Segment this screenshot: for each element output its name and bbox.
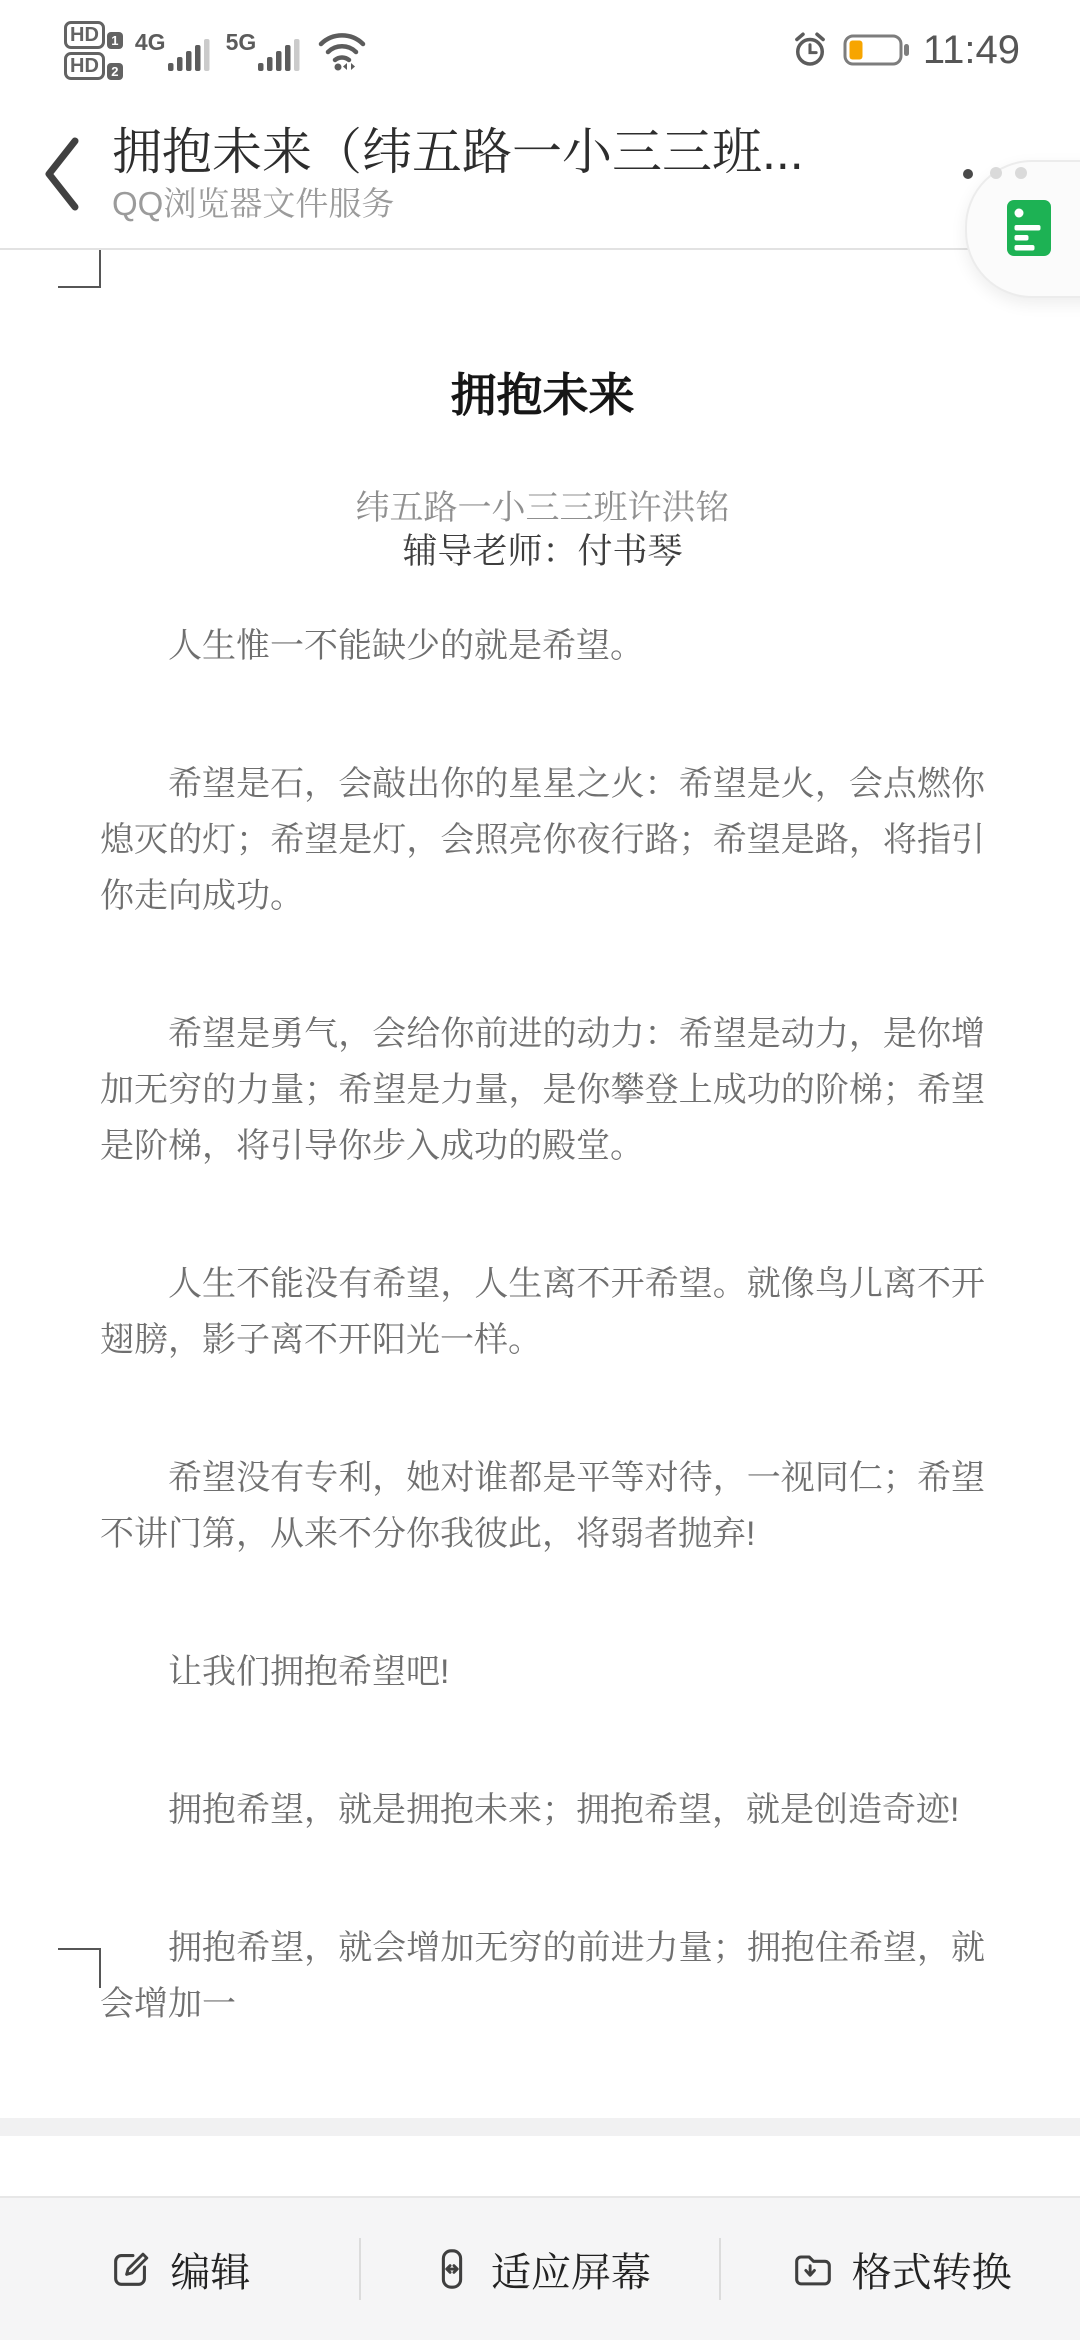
status-bar: HD 1 HD 2 4G 5G — [0, 0, 1080, 100]
battery-level-fill — [849, 41, 862, 60]
document-paragraph: 人生不能没有希望，人生离不开希望。就像鸟儿离不开翅膀，影子离不开阳光一样。 — [100, 1256, 985, 1368]
wifi-icon — [316, 29, 368, 71]
page-title: 拥抱未来（纬五路一小三三班... — [112, 123, 804, 181]
fit-screen-button-label: 适应屏幕 — [491, 2241, 651, 2298]
hd1-label: HD — [64, 21, 105, 49]
signal-bars-icon — [168, 34, 214, 72]
page-separator-band — [0, 2118, 1080, 2136]
document-paragraph: 拥抱希望，就会增加无穷的前进力量；拥抱住希望，就会增加一 — [100, 1920, 985, 2032]
document-title: 拥抱未来 — [100, 370, 985, 420]
format-convert-button-label: 格式转换 — [852, 2241, 1012, 2298]
back-icon[interactable] — [38, 135, 84, 213]
battery-icon — [843, 33, 911, 67]
folder-download-icon — [790, 2246, 836, 2292]
widget-drag-dot — [990, 167, 1002, 179]
hd1-sim-number: 1 — [107, 32, 123, 49]
document-paragraph: 拥抱希望，就是拥抱未来；拥抱希望，就是创造奇迹! — [100, 1782, 985, 1838]
hd1-icon: HD 1 — [64, 21, 123, 49]
phone-screen: HD 1 HD 2 4G 5G — [0, 0, 1080, 2340]
document-paragraph: 希望是石，会敲出你的星星之火：希望是火，会点燃你熄灭的灯；希望是灯，会照亮你夜行… — [100, 756, 985, 924]
document-scroll-area[interactable]: 拥抱未来 纬五路一小三三班许洪铭 辅导老师：付书琴 人生惟一不能缺少的就是希望。… — [0, 250, 1080, 2122]
page-subtitle: QQ浏览器文件服务 — [112, 183, 804, 225]
document-paragraph: 希望没有专利，她对谁都是平等对待，一视同仁；希望不讲门第，从来不分你我彼此，将弱… — [100, 1450, 985, 1562]
hd2-sim-number: 2 — [107, 63, 123, 80]
signal-bars-icon — [258, 34, 304, 72]
signal-5g: 5G — [226, 29, 305, 72]
fit-screen-icon — [429, 2246, 475, 2292]
widget-drag-dot — [1015, 167, 1027, 179]
clock-time: 11:49 — [923, 28, 1020, 73]
bottom-toolbar: 编辑 适应屏幕 格式转换 — [0, 2196, 1080, 2340]
edit-pencil-icon — [108, 2246, 154, 2292]
widget-drag-dot — [963, 169, 973, 179]
network-4g-label: 4G — [135, 29, 166, 56]
header-title-block: 拥抱未来（纬五路一小三三班... QQ浏览器文件服务 — [112, 123, 804, 225]
page-corner-mark-bottom — [99, 1948, 101, 1988]
header: 拥抱未来（纬五路一小三三班... QQ浏览器文件服务 — [0, 100, 1080, 250]
edit-button-label: 编辑 — [170, 2241, 250, 2298]
page-corner-mark-top — [99, 248, 101, 288]
document-byline: 纬五路一小三三班许洪铭 — [100, 486, 985, 530]
edit-button[interactable]: 编辑 — [0, 2241, 359, 2298]
hd-badges: HD 1 HD 2 — [64, 21, 123, 80]
document-paragraph: 希望是勇气，会给你前进的动力：希望是动力，是你增加无穷的力量；希望是力量，是你攀… — [100, 1006, 985, 1174]
network-5g-label: 5G — [226, 29, 257, 56]
document-teacher-line: 辅导老师：付书琴 — [100, 530, 985, 574]
document-paragraph: 让我们拥抱希望吧! — [100, 1644, 985, 1700]
hd2-label: HD — [64, 52, 105, 80]
status-bar-left: HD 1 HD 2 4G 5G — [0, 21, 368, 80]
format-convert-button[interactable]: 格式转换 — [721, 2241, 1080, 2298]
fit-screen-button[interactable]: 适应屏幕 — [361, 2241, 720, 2298]
hd2-icon: HD 2 — [64, 52, 123, 80]
status-bar-right: 11:49 — [789, 28, 1080, 73]
signal-4g: 4G — [135, 29, 214, 72]
alarm-clock-icon — [789, 29, 831, 71]
page-corner-mark-bottom — [58, 1948, 101, 1950]
page-corner-mark-top — [58, 286, 101, 288]
document-paragraph: 人生惟一不能缺少的就是希望。 — [100, 618, 985, 674]
green-document-icon — [1007, 200, 1051, 256]
